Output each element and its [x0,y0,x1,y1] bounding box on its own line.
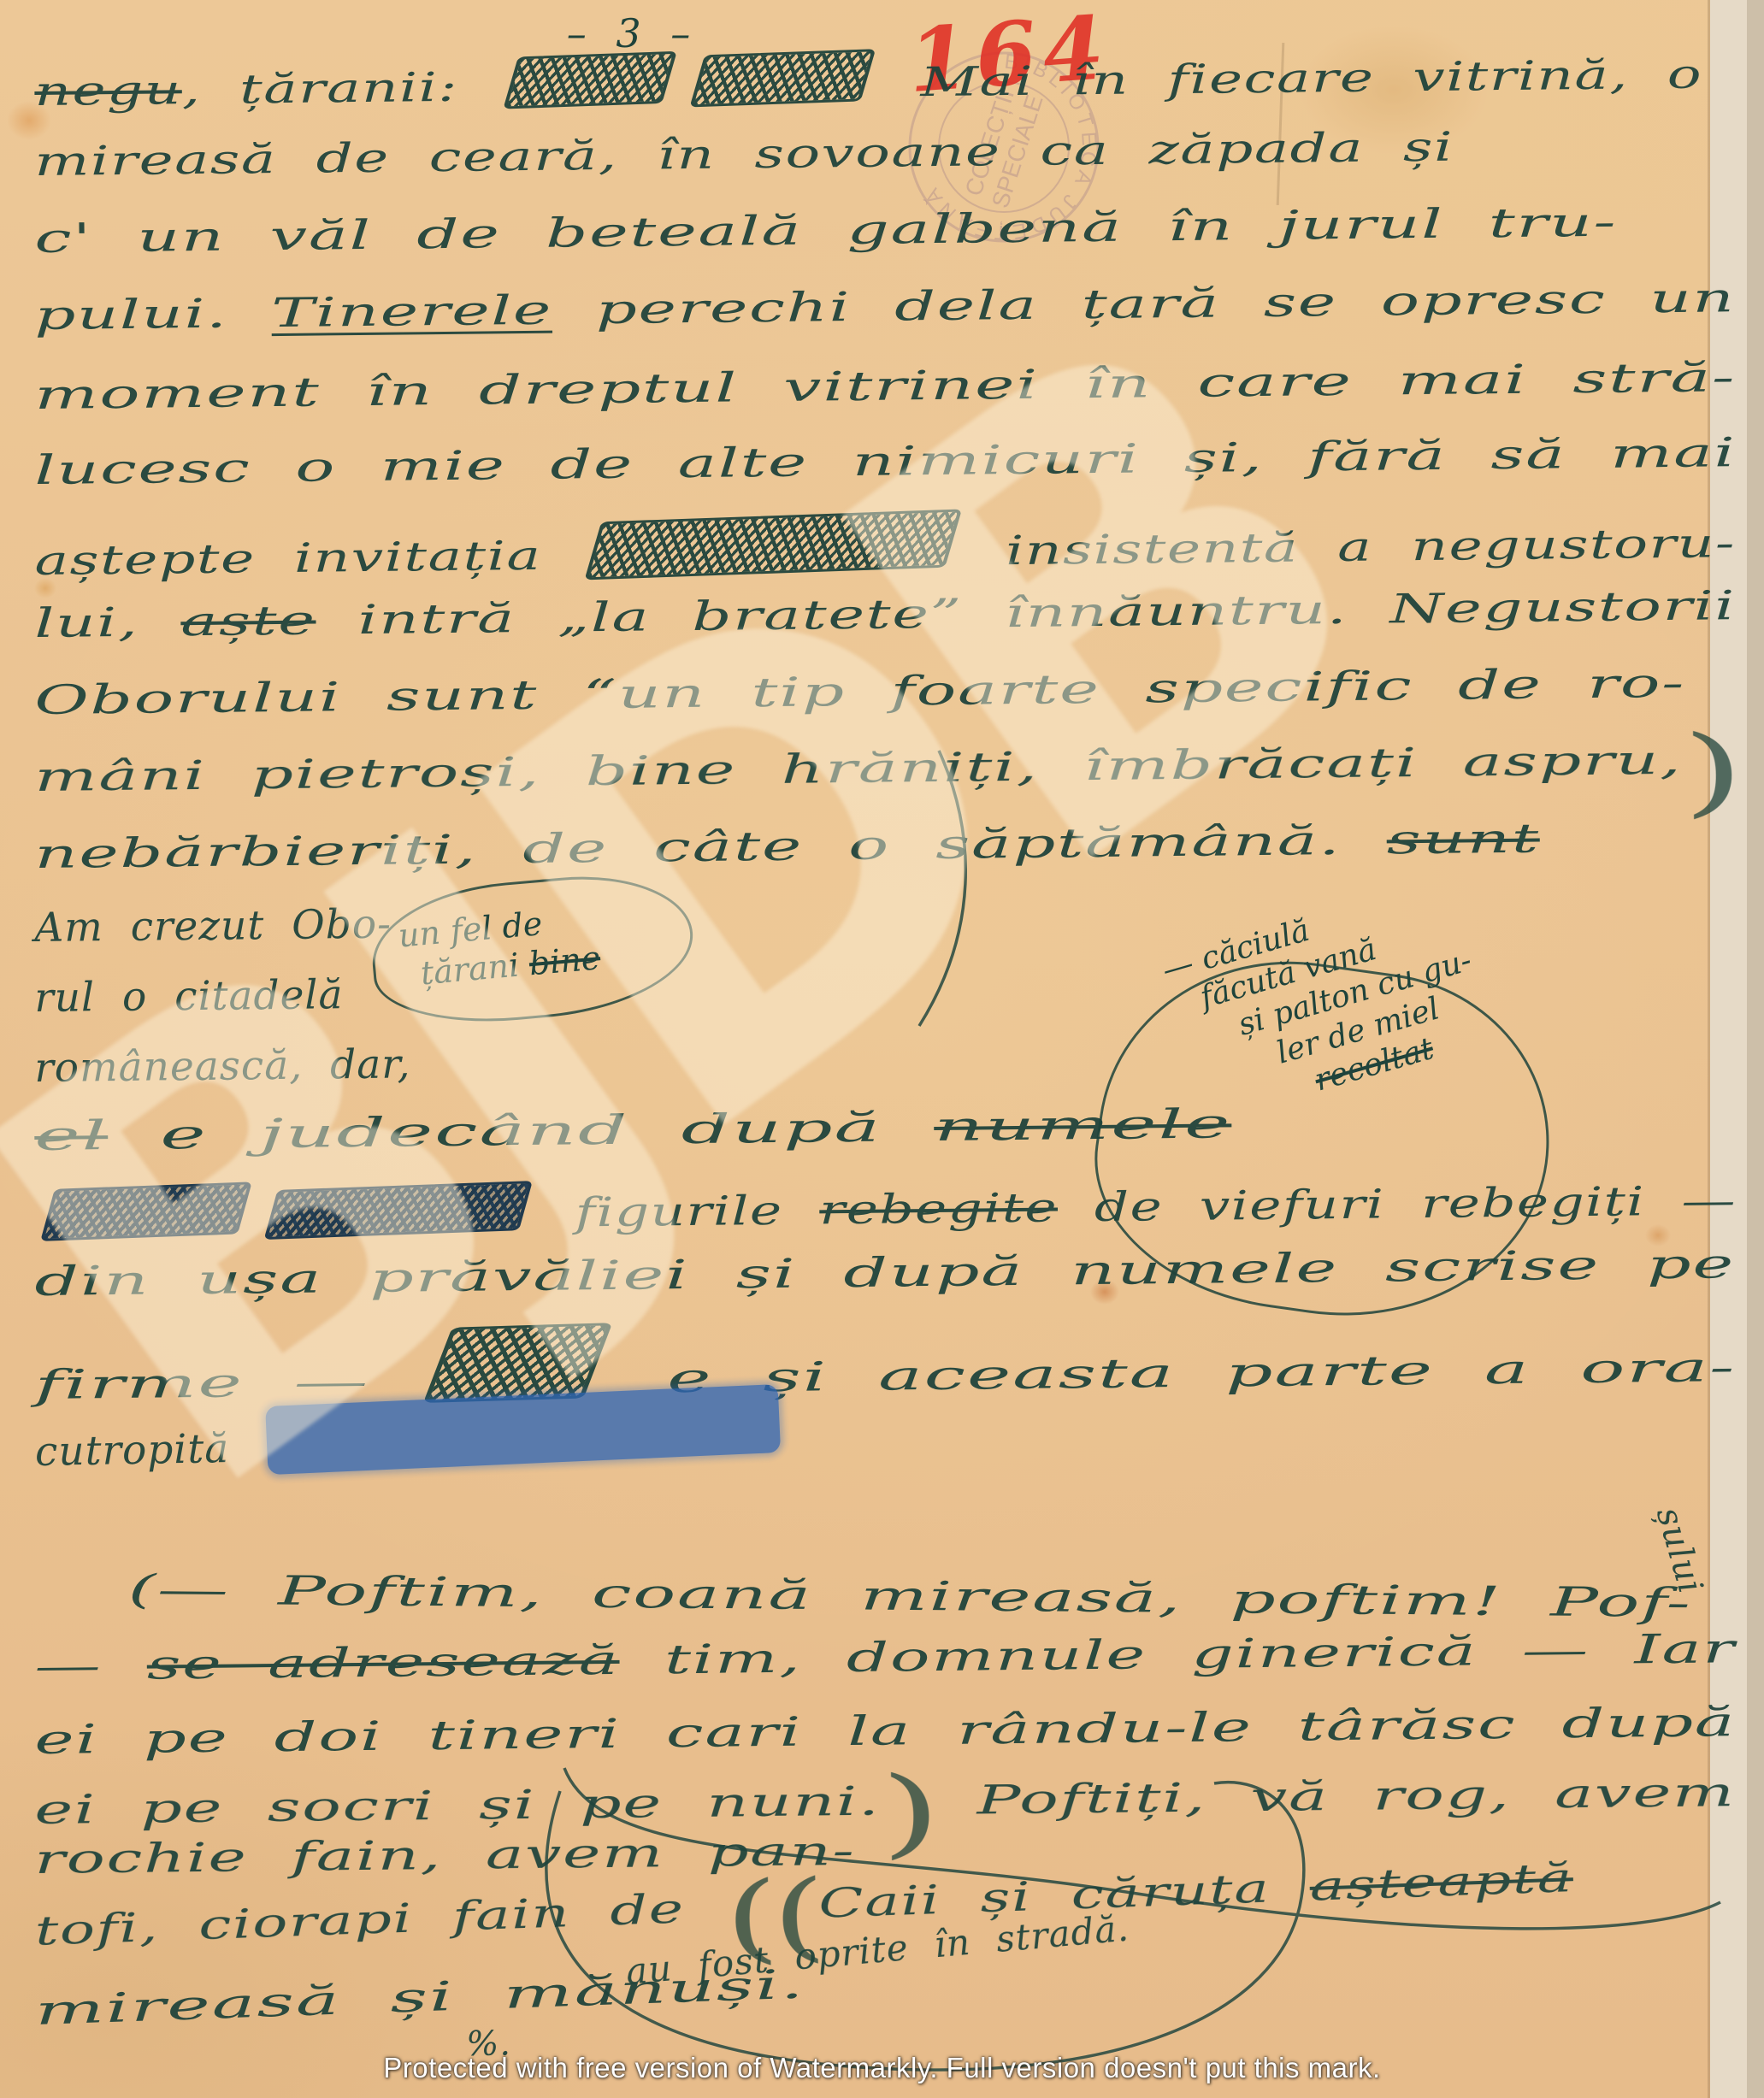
manuscript-line: nebărbieriți, de câte o săptămână. sunt [34,816,1540,878]
struck-word: rebegite [819,1184,1058,1234]
handwritten-text: lui, [34,598,181,647]
manuscript-line: Am crezut Obo- [34,901,392,952]
struck-word: aște [180,598,316,646]
manuscript-line: ei pe socri și pe nuni.) Poftiți, vă rog… [34,1769,1736,1834]
manuscript-line: aștepte invitația insistentă a negustoru… [34,505,1736,585]
handwritten-text: figurile [539,1187,820,1236]
ink-scribble [423,1323,613,1403]
handwritten-text: , țăranii: [182,63,498,114]
handwritten-text: ei pe socri și pe nuni. [34,1778,881,1834]
struck-word: negu [34,67,182,115]
handwritten-text: moment în dreptul vitrinei în care mai s… [34,354,1736,419]
manuscript-line: rul o citadelă [34,971,344,1022]
handwritten-text: intră „la bratete” înnăuntru. Negustorii [316,582,1736,644]
manuscript-line: c' un văl de beteală galbenă în jurul tr… [34,199,1617,262]
handwritten-text: câte o săptămână. [653,816,1387,871]
handwritten-text: tofi, ciorapi fain de [34,1884,725,1955]
blue-strike-mark [265,1384,781,1475]
handwritten-text: Poftiți, vă rog, avem [933,1769,1736,1824]
manuscript-line: cutropită [34,1391,791,1476]
manuscript-text-layer: negu, țăranii: Mai în fiecare vitrină, o… [0,0,1764,2098]
underlined-word: Tinerele [271,287,552,337]
manuscript-line: — se adresează tim, domnule ginerică — I… [34,1625,1736,1690]
handwritten-text: nebărbieriți, de [34,824,653,878]
handwritten-text: mâni pietroși, [34,749,540,801]
watermarkly-footer: Protected with free version of Watermark… [0,2052,1764,2084]
manuscript-line: mireasă de ceară, în sovoane ca zăpada ș… [34,124,1454,186]
manuscript-line: firme — e și aceasta parte a ora- [34,1312,1736,1409]
handwritten-text: bine hrăniți, îmbrăcați aspru, [540,737,1683,796]
handwritten-text: Oborului sunt “un tip foarte specific de… [34,660,1685,724]
manuscript-line: lui, aște intră „la bratete” înnăuntru. … [34,582,1736,647]
handwritten-text: c' un văl de beteală galbenă în jurul tr… [34,199,1617,262]
handwritten-text: — [34,1642,147,1690]
ink-scribble [585,509,963,580]
handwritten-text: mireasă și mănuși. [34,1961,805,2035]
handwritten-text: insistentă a negustoru- [967,520,1736,575]
manuscript-line: (— Poftim, coană mireasă, poftim! Pof- [128,1566,1692,1627]
annotation-left-oval: un fel dețărani bine [367,867,699,1032]
manuscript-scan-page: { "colors": { "ink": "#1f433b", "ink_nav… [0,0,1764,2098]
handwritten-text: Am crezut Obo- [34,901,392,952]
handwritten-text: rul o citadelă [34,971,344,1022]
handwritten-text: cutropită [35,1424,257,1476]
handwritten-text: lucesc o mie de alte nimicuri și, fără s… [34,429,1737,494]
manuscript-line: mâni pietroși, bine hrăniți, îmbrăcați a… [34,736,1736,801]
ink-scribble [689,49,876,107]
struck-word: așteaptă [1309,1854,1574,1911]
paren-mark: ) [880,1755,934,1869]
handwritten-text: perechi dela țară se opresc un [552,274,1736,333]
handwritten-text: mireasă de ceară, în sovoane ca zăpada ș… [34,124,1454,186]
ink-scribble [503,51,677,109]
manuscript-line: românească, dar, [34,1040,411,1092]
handwritten-text: Mai în fiecare vitrină, o [882,51,1702,107]
handwritten-text: pului. [34,290,272,339]
handwritten-text: aștepte invitația [34,532,581,585]
struck-word: el [34,1112,108,1160]
annotation-text: un fel dețărani bine [369,869,693,997]
handwritten-text: românească, dar, [34,1040,411,1092]
manuscript-line: moment în dreptul vitrinei în care mai s… [34,354,1736,419]
manuscript-line: lucesc o mie de alte nimicuri și, fără s… [34,429,1737,494]
manuscript-line: ei pe doi tineri cari la rându-le târăsc… [34,1699,1736,1764]
ink-scribble [264,1181,533,1240]
struck-word: bine [528,939,602,982]
paren-mark: ) [1682,714,1737,828]
handwritten-text: e judecând după [108,1104,935,1159]
struck-word: se adresează [147,1637,620,1689]
manuscript-line: Oborului sunt “un tip foarte specific de… [34,660,1685,724]
manuscript-line: mireasă și mănuși. [34,1961,805,2035]
handwritten-text: tim, domnule ginerică — Iar [619,1625,1736,1684]
handwritten-text: (— Poftim, coană mireasă, poftim! Pof- [128,1566,1692,1627]
ink-scribble [40,1182,252,1241]
handwritten-text: ei pe doi tineri cari la rându-le târăsc… [34,1699,1736,1764]
manuscript-line: negu, țăranii: Mai în fiecare vitrină, o [34,43,1702,115]
manuscript-line: el e judecând după numele [34,1100,1232,1160]
manuscript-line: pului. Tinerele perechi dela țară se opr… [34,274,1736,339]
